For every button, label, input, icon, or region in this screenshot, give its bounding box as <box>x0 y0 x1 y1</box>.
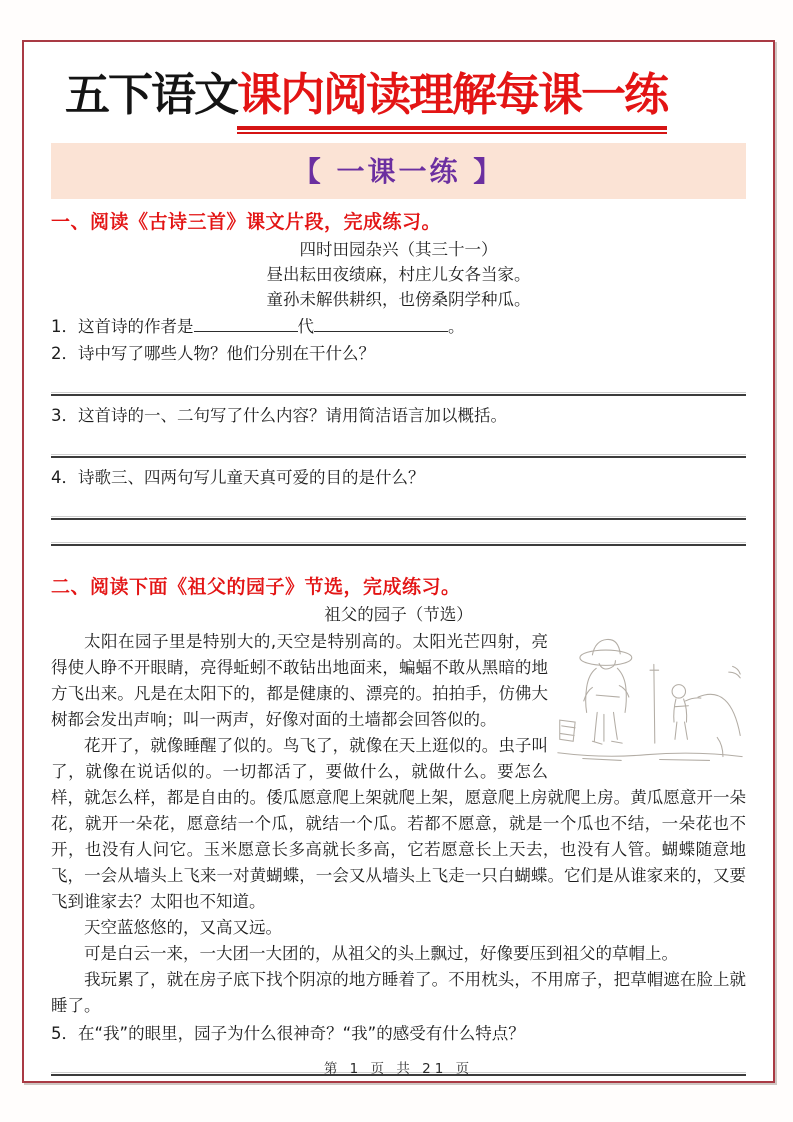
garden-sketch-illustration <box>554 631 746 767</box>
title-red-part: 课内阅读理解每课一练 <box>237 58 667 130</box>
question-3: 3．这首诗的一、二句写了什么内容？请用简洁语言加以概括。 <box>51 403 746 428</box>
worksheet-content: 五下语文课内阅读理解每课一练 【 一课一练 】 一、阅读《古诗三首》课文片段，完… <box>24 42 773 1083</box>
answer-line <box>51 542 746 546</box>
passage-paragraph: 我玩累了，就在房子底下找个阴凉的地方睡着了。不用枕头，不用席子，把草帽遮在脸上就… <box>51 967 746 1019</box>
section1-heading: 一、阅读《古诗三首》课文片段，完成练习。 <box>51 207 746 234</box>
passage-paragraph: 可是白云一来，一大团一大团的，从祖父的头上飘过，好像要压到祖父的草帽上。 <box>51 941 746 967</box>
answer-line <box>51 454 746 458</box>
question-4: 4．诗歌三、四两句写儿童天真可爱的目的是什么？ <box>51 465 746 490</box>
poem-block: 四时田园杂兴（其三十一） 昼出耘田夜绩麻，村庄儿女各当家。 童孙未解供耕织，也傍… <box>51 237 746 312</box>
poem-title: 四时田园杂兴（其三十一） <box>51 237 746 262</box>
answer-line <box>51 516 746 520</box>
banner: 【 一课一练 】 <box>51 143 746 199</box>
page-footer: 第 1 页 共 21 页 <box>24 1057 773 1077</box>
worksheet-page-frame: 五下语文课内阅读理解每课一练 【 一课一练 】 一、阅读《古诗三首》课文片段，完… <box>22 40 775 1083</box>
poem-line: 昼出耘田夜绩麻，村庄儿女各当家。 <box>51 262 746 287</box>
question-2: 2．诗中写了哪些人物？他们分别在干什么？ <box>51 341 746 366</box>
title-black-part: 五下语文 <box>65 68 237 121</box>
passage-paragraph: 天空蓝悠悠的，又高又远。 <box>51 915 746 941</box>
section2-heading: 二、阅读下面《祖父的园子》节选，完成练习。 <box>51 572 746 599</box>
answer-line <box>51 392 746 396</box>
answer-blank <box>194 316 298 332</box>
banner-label: 【 一课一练 】 <box>293 155 505 188</box>
poem-line: 童孙未解供耕织，也傍桑阴学种瓜。 <box>51 287 746 312</box>
passage-body: 太阳在园子里是特别大的,天空是特别高的。太阳光芒四射，亮得使人睁不开眼睛，亮得蚯… <box>51 629 746 1019</box>
question-5: 5．在“我”的眼里，园子为什么很神奇？“我”的感受有什么特点？ <box>51 1021 746 1046</box>
passage-title: 祖父的园子（节选） <box>51 602 746 627</box>
page-title: 五下语文课内阅读理解每课一练 <box>51 58 746 130</box>
answer-blank <box>314 316 448 332</box>
question-1: 1．这首诗的作者是代。 <box>51 314 746 339</box>
